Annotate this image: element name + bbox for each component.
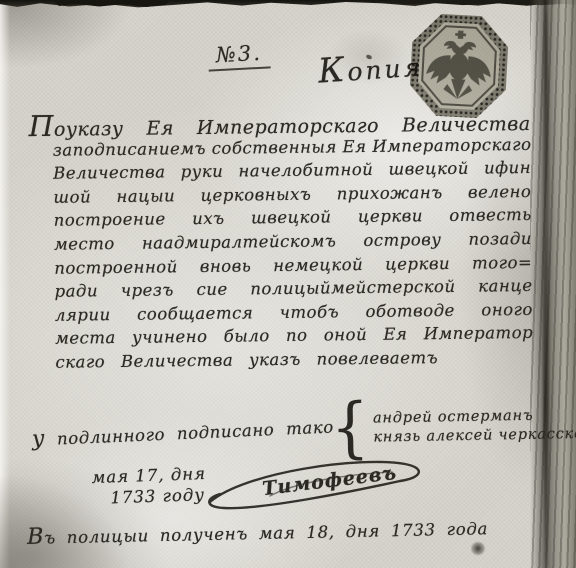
signatory-name: князь алексей черкасской [373, 425, 576, 445]
attestation-note: у подлинного подписано тако [32, 413, 335, 451]
book-binding-edge [530, 0, 576, 568]
date-year-line: 1733 году [110, 485, 207, 507]
manuscript-page-photo: №3. Копия [0, 0, 576, 568]
page-crease-line [543, 0, 549, 568]
imperial-seal-stamp [408, 13, 509, 120]
copy-label: Копия [317, 44, 424, 90]
body-line: скаго Величества указъ повелеваетъ [31, 345, 533, 375]
date-note: мая 17, дня 1733 году [91, 464, 207, 508]
secretary-signature: Тимофеевъ [200, 452, 435, 524]
document-number: №3. [207, 40, 270, 71]
date-day-line: мая 17, дня [91, 464, 206, 487]
ink-blot [471, 542, 485, 555]
double-eagle-icon [421, 25, 497, 110]
document-body: Поуказу Ея Императорскаго Величества зап… [28, 109, 533, 375]
signatory-name: андрей остерманъ [373, 406, 576, 426]
